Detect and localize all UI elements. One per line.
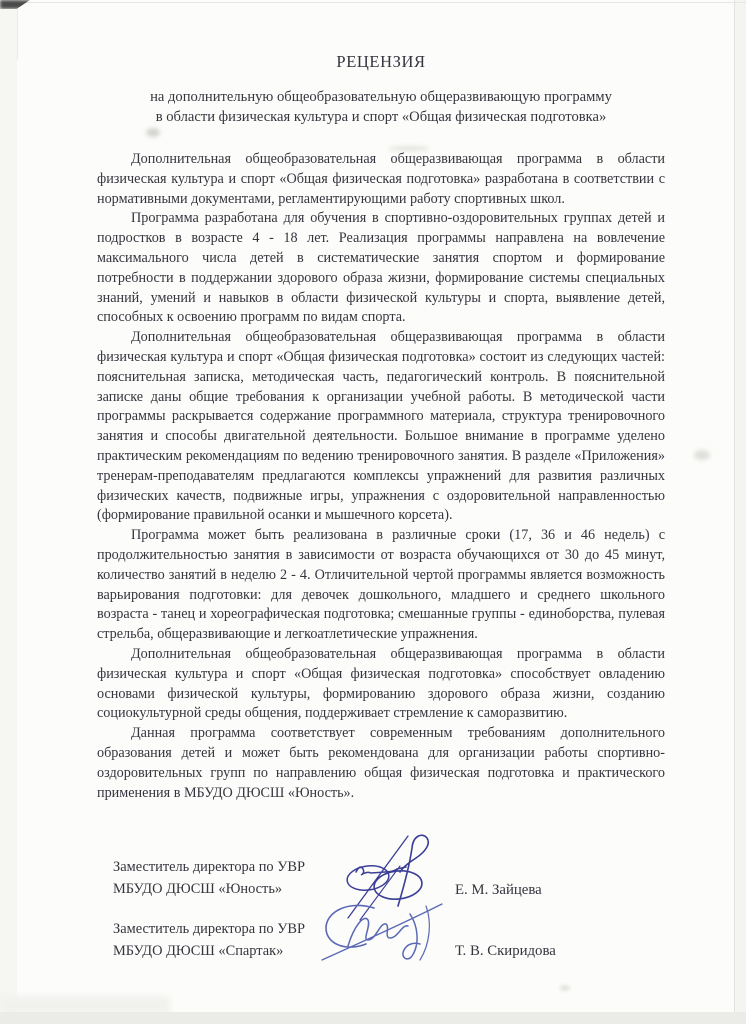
paragraph-2: Программа разработана для обучения в спо… bbox=[97, 209, 665, 328]
scan-left-edge-line bbox=[17, 0, 18, 60]
scan-left-edge-shade bbox=[0, 0, 17, 1024]
document-subtitle: на дополнительную общеобразовательную об… bbox=[60, 87, 702, 127]
signer-1-name: Е. М. Зайцева bbox=[455, 882, 655, 899]
document-title: РЕЦЕНЗИЯ bbox=[97, 52, 665, 72]
signature-skiridova-image bbox=[318, 896, 458, 966]
subtitle-line-2: в области физическая культура и спорт «О… bbox=[60, 107, 702, 127]
scanned-review-page: РЕЦЕНЗИЯ на дополнительную общеобразоват… bbox=[0, 0, 746, 1024]
paragraph-1: Дополнительная общеобразовательная общер… bbox=[97, 150, 665, 209]
scan-right-edge-shade bbox=[735, 0, 746, 1024]
scan-bottom-band bbox=[0, 1012, 746, 1024]
paragraph-5: Дополнительная общеобразовательная общер… bbox=[97, 645, 665, 724]
scan-corner-mark bbox=[0, 0, 30, 9]
signer-2-name: Т. В. Скиридова bbox=[455, 943, 655, 960]
scan-right-edge-line bbox=[734, 0, 735, 1024]
subtitle-line-1: на дополнительную общеобразовательную об… bbox=[60, 87, 702, 107]
scan-artifact bbox=[694, 450, 710, 460]
paragraph-6: Данная программа соответствует современн… bbox=[97, 724, 665, 803]
scan-artifact bbox=[146, 128, 160, 137]
document-body: Дополнительная общеобразовательная общер… bbox=[97, 150, 665, 803]
paragraph-4: Программа может быть реализована в разли… bbox=[97, 526, 665, 645]
scan-artifact bbox=[560, 985, 570, 991]
paragraph-3: Дополнительная общеобразовательная общер… bbox=[97, 328, 665, 526]
scan-top-edge-line bbox=[0, 2, 746, 3]
